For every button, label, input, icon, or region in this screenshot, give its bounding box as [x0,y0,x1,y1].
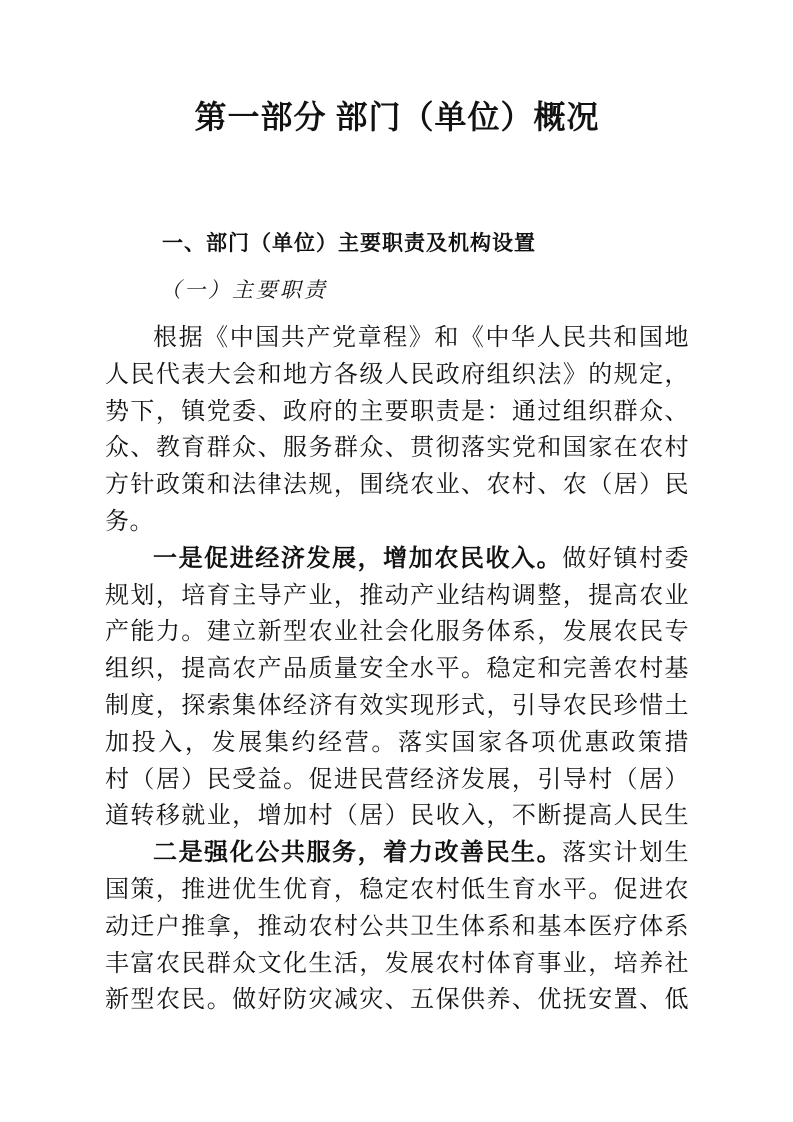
body-text-run: 方针政策和法律法规，围绕农业、农村、农（居）民搞好服 [105,472,689,504]
text-line: 众、教育群众、服务群众、贯彻落实党和国家在农村的各项 [105,430,689,467]
body-text-run: 村（居）民受益。促进民营经济发展，引导村（居）民多渠 [105,767,689,799]
body-text-run: 根据《中国共产党章程》和《中华人民共和国地方各级 [105,325,689,357]
text-line: 动迁户推拿，推动农村公共卫生体系和基本医疗体系建设， [105,909,689,946]
body-text-run: 动迁户推拿，推动农村公共卫生体系和基本医疗体系建设， [105,914,689,946]
text-line: 一是促进经济发展，增加农民收入。做好镇村委会发展 [105,541,689,578]
text-line: 人民代表大会和地方各级人民政府组织法》的规定，在新形 [105,357,689,394]
text-line: 方针政策和法律法规，围绕农业、农村、农（居）民搞好服 [105,467,689,504]
body-text-run: 产能力。建立新型农业社会化服务体系，发展农民专业合作 [105,619,689,651]
document-page: 第一部分 部门（单位）概况 一、部门（单位）主要职责及机构设置 （一）主要职责 … [0,0,793,1122]
paragraph-public-services: 二是强化公共服务，着力改善民生。落实计划生育基本国策，推进优生优育，稳定农村低生… [105,835,689,1019]
text-line: 规划，培育主导产业，推动产业结构调整，提高农业综合生 [105,578,689,615]
section-heading: 一、部门（单位）主要职责及机构设置 [105,230,689,257]
body-text-run: 新型农民。做好防灾减灾、五保供养、优抚安置、低保、扶 [105,987,689,1019]
subsection-heading: （一）主要职责 [105,277,689,304]
paragraph-main-duties-intro: 根据《中国共产党章程》和《中华人民共和国地方各级人民代表大会和地方各级人民政府组… [105,320,689,541]
body-text-run: 务。 [105,509,154,535]
text-line: 新型农民。做好防灾减灾、五保供养、优抚安置、低保、扶 [105,982,689,1019]
text-line: 国策，推进优生优育，稳定农村低生育水平。促进农村义务 [105,872,689,909]
text-line: 制度，探索集体经济有效实现形式，引导农民珍惜土地、增 [105,688,689,725]
document-body: 根据《中国共产党章程》和《中华人民共和国地方各级人民代表大会和地方各级人民政府组… [105,320,689,1019]
page-content: 第一部分 部门（单位）概况 一、部门（单位）主要职责及机构设置 （一）主要职责 … [105,100,689,1019]
body-text-run: 众、教育群众、服务群众、贯彻落实党和国家在农村的各项 [105,435,689,467]
text-line: 组织，提高农产品质量安全水平。稳定和完善农村基本经营 [105,651,689,688]
text-line: 根据《中国共产党章程》和《中华人民共和国地方各级 [105,320,689,357]
text-line: 村（居）民受益。促进民营经济发展，引导村（居）民多渠 [105,762,689,799]
page-title: 第一部分 部门（单位）概况 [105,100,689,134]
paragraph-economic-development: 一是促进经济发展，增加农民收入。做好镇村委会发展规划，培育主导产业，推动产业结构… [105,541,689,835]
body-text-run: 加投入，发展集约经营。落实国家各项优惠政策措施，确保 [105,730,689,762]
text-line: 务。 [105,504,689,541]
text-line: 二是强化公共服务，着力改善民生。落实计划生育基本 [105,835,689,872]
body-text-run: 规划，培育主导产业，推动产业结构调整，提高农业综合生 [105,583,689,615]
body-text-run: 道转移就业，增加村（居）民收入，不断提高人民生活水平。 [105,803,689,835]
text-line: 道转移就业，增加村（居）民收入，不断提高人民生活水平。 [105,798,689,835]
text-line: 产能力。建立新型农业社会化服务体系，发展农民专业合作 [105,614,689,651]
text-line: 势下，镇党委、政府的主要职责是：通过组织群众、宣传群 [105,394,689,431]
body-text-run: 丰富农民群众文化生活，发展农村体育事业，培养社会主义 [105,951,689,983]
text-line: 丰富农民群众文化生活，发展农村体育事业，培养社会主义 [105,946,689,983]
body-text-run: 组织，提高农产品质量安全水平。稳定和完善农村基本经营 [105,656,689,688]
body-text-run: 势下，镇党委、政府的主要职责是：通过组织群众、宣传群 [105,399,689,431]
text-line: 加投入，发展集约经营。落实国家各项优惠政策措施，确保 [105,725,689,762]
body-text-run: 人民代表大会和地方各级人民政府组织法》的规定，在新形 [105,362,689,394]
bold-lead-text: 二是强化公共服务，着力改善民生。 [153,840,562,866]
body-text-run: 制度，探索集体经济有效实现形式，引导农民珍惜土地、增 [105,693,689,725]
bold-lead-text: 一是促进经济发展，增加农民收入。 [153,546,562,572]
body-text-run: 国策，推进优生优育，稳定农村低生育水平。促进农村义务 [105,877,689,909]
